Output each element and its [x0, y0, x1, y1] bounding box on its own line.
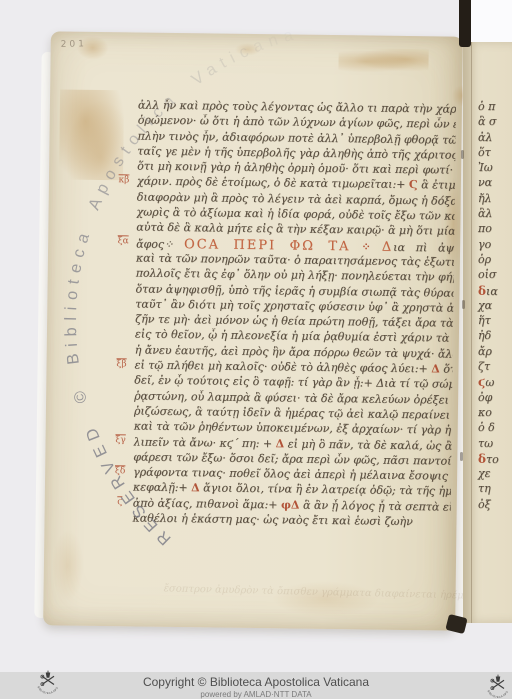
vatican-seal-icon: BIBLIOTECA APOSTOLICA VATICANA — [483, 672, 512, 699]
vatican-seal-icon: BIBLIOTECA APOSTOLICA VATICANA — [33, 668, 63, 698]
margin-chapter-numeral: κβ — [113, 175, 135, 185]
sliver-text-line: ἤλ — [463, 192, 512, 207]
sliver-text-line: ὁ δ — [463, 421, 512, 436]
text-block: ἀλλ ἦν καὶ πρὸς τοὺς λέγοντας ὡς ἄλλο τι… — [132, 98, 456, 530]
sliver-text-line: ἀλ — [463, 131, 512, 146]
sliver-text-line: ὅτ — [463, 146, 512, 161]
sliver-text-block: ὁ πἃ σἀλὅτἸωναἤλἃλπογοὁροἰσδιαχαἥτἠδἄρζτ… — [463, 100, 512, 513]
sliver-text-line: ὀφ — [463, 391, 512, 406]
bleedthrough-text: ἔσοπτρον ἀμυδρὸν τὰ ὄπισθεν γράμματα δια… — [163, 583, 463, 601]
papal-tiara-icon — [46, 673, 51, 678]
sliver-text-line: γο — [463, 238, 512, 253]
footer-powered-by: powered by AMLAD·NTT DATA — [0, 690, 512, 699]
margin-chapter-numeral: ξγ — [109, 435, 131, 445]
sliver-text-line: ἃλ — [463, 207, 512, 222]
sliver-text-line: να — [463, 176, 512, 191]
sliver-text-line: δτο — [463, 452, 512, 467]
sliver-text-line: χα — [463, 299, 512, 314]
foxing-stain — [235, 43, 261, 56]
sliver-text-line: ἃ σ — [463, 115, 512, 130]
leaf-edge-mark — [461, 150, 464, 159]
foxing-stain — [59, 89, 124, 180]
facing-page-sliver: ὁ πἃ σἀλὅτἸωναἤλἃλπογοὁροἰσδιαχαἥτἠδἄρζτ… — [463, 42, 512, 623]
sliver-text-line: ἠδ — [463, 329, 512, 344]
sliver-text-line: Ἰω — [463, 161, 512, 176]
manuscript-photo-viewer: 201 ἀλλ ἦν καὶ πρὸς τοὺς λέγοντας ὡς ἄλλ… — [0, 0, 512, 699]
foxing-stain — [338, 48, 428, 75]
sliver-text-line: ἥτ — [463, 314, 512, 329]
text-line: καθέλοι ἡ ἑκάστη μας· ὡς ναὸς ἔτι καὶ ἑω… — [132, 511, 412, 530]
margin-chapter-numeral: ξβ — [110, 359, 132, 369]
foxing-stain — [51, 529, 84, 601]
folio-number: 201 — [61, 39, 87, 50]
leaf-edge-mark — [460, 452, 463, 461]
sliver-text-line: οἰσ — [463, 268, 512, 283]
book-binding-bottom — [445, 614, 467, 634]
book-binding-top — [459, 0, 471, 47]
footer-copyright: Copyright © Biblioteca Apostolica Vatica… — [0, 675, 512, 689]
margin-chapter-numeral: ϛ — [109, 497, 131, 507]
sliver-text-line: δια — [463, 284, 512, 299]
sliver-text-line: ἄρ — [463, 345, 512, 360]
sliver-text-line: ὁρ — [463, 253, 512, 268]
upper-leaf-edge — [471, 0, 512, 43]
manuscript-page: 201 ἀλλ ἦν καὶ πρὸς τοὺς λέγοντας ὡς ἄλλ… — [43, 31, 463, 630]
sliver-text-line: τη — [463, 482, 512, 497]
sliver-text-line: τω — [463, 437, 512, 452]
sliver-text-line: κο — [463, 406, 512, 421]
footer-bar: Copyright © Biblioteca Apostolica Vatica… — [0, 672, 512, 699]
papal-tiara-icon — [496, 677, 501, 682]
sliver-text-line: πο — [463, 222, 512, 237]
sliver-text-line: ὁ π — [463, 100, 512, 115]
sliver-text-line: ζτ — [463, 360, 512, 375]
margin-chapter-numeral: ξδ — [109, 466, 131, 476]
sliver-text-line: χε — [463, 467, 512, 482]
sliver-text-line: ϛω — [463, 375, 512, 390]
margin-chapter-numeral: ξα — [112, 236, 134, 246]
sliver-text-line: ὀξ — [463, 498, 512, 513]
leaf-edge-mark — [462, 300, 465, 309]
